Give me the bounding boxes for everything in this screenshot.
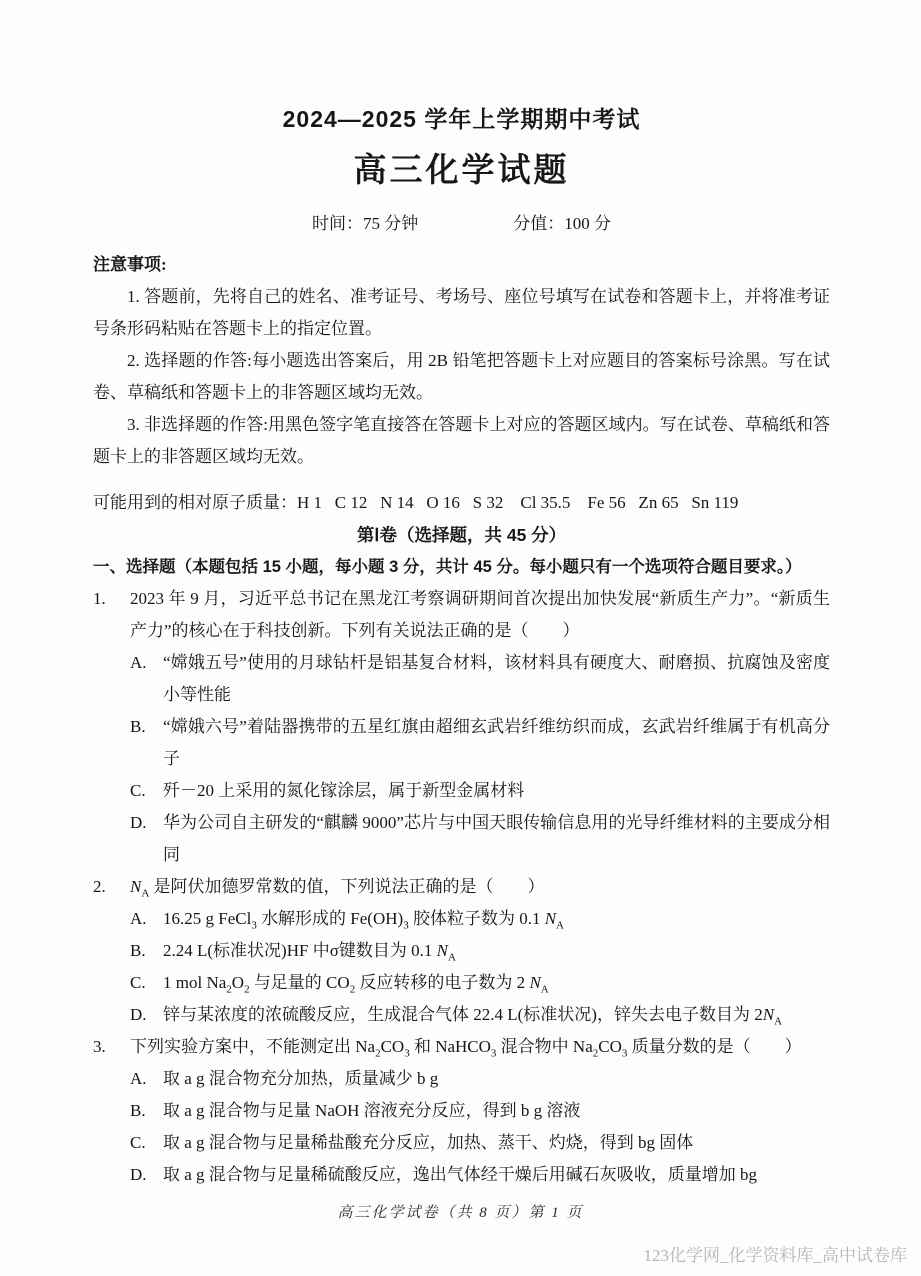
question-3-option-a: A. 取 a g 混合物充分加热，质量减少 b g bbox=[130, 1063, 830, 1095]
question-3: 3. 下列实验方案中，不能测定出 Na2CO3 和 NaHCO3 混合物中 Na… bbox=[93, 1031, 830, 1191]
option-label: B. bbox=[130, 1095, 163, 1127]
question-3-number: 3. bbox=[93, 1031, 130, 1191]
question-2-option-b: B. 2.24 L(标准状况)HF 中σ键数目为 0.1 NA bbox=[130, 935, 830, 967]
option-label: A. bbox=[130, 647, 163, 711]
question-1-option-c: C. 歼－20 上采用的氮化镓涂层，属于新型金属材料 bbox=[130, 775, 830, 807]
option-label: C. bbox=[130, 775, 163, 807]
option-text: 锌与某浓度的浓硫酸反应，生成混合气体 22.4 L(标准状况)，锌失去电子数目为… bbox=[163, 999, 830, 1031]
exam-time-label: 时间：75 分钟 bbox=[312, 209, 418, 234]
notice-item-1: 1. 答题前，先将自己的姓名、准考证号、考场号、座位号填写在试卷和答题卡上，并将… bbox=[93, 281, 830, 345]
question-3-body: 下列实验方案中，不能测定出 Na2CO3 和 NaHCO3 混合物中 Na2CO… bbox=[130, 1031, 830, 1191]
question-2-option-d: D. 锌与某浓度的浓硫酸反应，生成混合气体 22.4 L(标准状况)，锌失去电子… bbox=[130, 999, 830, 1031]
option-text: “嫦娥五号”使用的月球钻杆是铝基复合材料，该材料具有硬度大、耐磨损、抗腐蚀及密度… bbox=[163, 647, 830, 711]
option-label: D. bbox=[130, 807, 163, 871]
notice-item-2: 2. 选择题的作答:每小题选出答案后，用 2B 铅笔把答题卡上对应题目的答案标号… bbox=[93, 345, 830, 409]
question-2: 2. NA 是阿伏加德罗常数的值，下列说法正确的是（ ） A. 16.25 g … bbox=[93, 871, 830, 1031]
question-2-stem: NA 是阿伏加德罗常数的值，下列说法正确的是（ ） bbox=[130, 871, 830, 903]
option-text: “嫦娥六号”着陆器携带的五星红旗由超细玄武岩纤维纺织而成，玄武岩纤维属于有机高分… bbox=[163, 711, 830, 775]
question-1-option-b: B. “嫦娥六号”着陆器携带的五星红旗由超细玄武岩纤维纺织而成，玄武岩纤维属于有… bbox=[130, 711, 830, 775]
option-label: A. bbox=[130, 1063, 163, 1095]
option-label: D. bbox=[130, 999, 163, 1031]
atomic-masses-values: H 1 C 12 N 14 O 16 S 32 Cl 35.5 Fe 56 Zn… bbox=[297, 493, 738, 512]
option-label: B. bbox=[130, 711, 163, 775]
exam-session-title: 2024—2025 学年上学期期中考试 bbox=[93, 101, 830, 134]
watermark-text: 123化学网_化学资料库_高中试卷库 bbox=[644, 1241, 908, 1266]
option-text: 华为公司自主研发的“麒麟 9000”芯片与中国天眼传输信息用的光导纤维材料的主要… bbox=[163, 807, 830, 871]
question-1-body: 2023 年 9 月，习近平总书记在黑龙江考察调研期间首次提出加快发展“新质生产… bbox=[130, 583, 830, 871]
option-text: 取 a g 混合物与足量稀硫酸反应，逸出气体经干燥后用碱石灰吸收，质量增加 bg bbox=[163, 1159, 830, 1191]
question-2-body: NA 是阿伏加德罗常数的值，下列说法正确的是（ ） A. 16.25 g FeC… bbox=[130, 871, 830, 1031]
exam-meta-row: 时间：75 分钟 分值：100 分 bbox=[93, 209, 830, 234]
question-1-option-d: D. 华为公司自主研发的“麒麟 9000”芯片与中国天眼传输信息用的光导纤维材料… bbox=[130, 807, 830, 871]
option-text: 1 mol Na2O2 与足量的 CO2 反应转移的电子数为 2 NA bbox=[163, 967, 830, 999]
exam-subject-title: 高三化学试题 bbox=[93, 144, 830, 191]
option-label: C. bbox=[130, 1127, 163, 1159]
question-1: 1. 2023 年 9 月，习近平总书记在黑龙江考察调研期间首次提出加快发展“新… bbox=[93, 583, 830, 871]
page-footer-label: 高三化学试卷（共 8 页）第 1 页 bbox=[0, 1201, 921, 1222]
option-text: 2.24 L(标准状况)HF 中σ键数目为 0.1 NA bbox=[163, 935, 830, 967]
question-2-option-c: C. 1 mol Na2O2 与足量的 CO2 反应转移的电子数为 2 NA bbox=[130, 967, 830, 999]
question-1-option-a: A. “嫦娥五号”使用的月球钻杆是铝基复合材料，该材料具有硬度大、耐磨损、抗腐蚀… bbox=[130, 647, 830, 711]
page-content: 2024—2025 学年上学期期中考试 高三化学试题 时间：75 分钟 分值：1… bbox=[0, 0, 921, 1191]
option-text: 取 a g 混合物与足量 NaOH 溶液充分反应，得到 b g 溶液 bbox=[163, 1095, 830, 1127]
question-3-stem: 下列实验方案中，不能测定出 Na2CO3 和 NaHCO3 混合物中 Na2CO… bbox=[130, 1031, 830, 1063]
question-1-stem: 2023 年 9 月，习近平总书记在黑龙江考察调研期间首次提出加快发展“新质生产… bbox=[130, 583, 830, 647]
question-2-option-a: A. 16.25 g FeCl3 水解形成的 Fe(OH)3 胶体粒子数为 0.… bbox=[130, 903, 830, 935]
option-label: C. bbox=[130, 967, 163, 999]
notice-item-3: 3. 非选择题的作答:用黑色签字笔直接答在答题卡上对应的答题区域内。写在试卷、草… bbox=[93, 409, 830, 473]
question-3-option-b: B. 取 a g 混合物与足量 NaOH 溶液充分反应，得到 b g 溶液 bbox=[130, 1095, 830, 1127]
notice-section: 注意事项: 1. 答题前，先将自己的姓名、准考证号、考场号、座位号填写在试卷和答… bbox=[93, 249, 830, 473]
question-2-number: 2. bbox=[93, 871, 130, 1031]
question-3-option-d: D. 取 a g 混合物与足量稀硫酸反应，逸出气体经干燥后用碱石灰吸收，质量增加… bbox=[130, 1159, 830, 1191]
notice-heading: 注意事项: bbox=[93, 249, 830, 281]
option-text: 歼－20 上采用的氮化镓涂层，属于新型金属材料 bbox=[163, 775, 830, 807]
exam-paper-page: 2024—2025 学年上学期期中考试 高三化学试题 时间：75 分钟 分值：1… bbox=[0, 0, 921, 1276]
atomic-masses-label: 可能用到的相对原子质量： bbox=[93, 493, 297, 512]
multiple-choice-intro: 一、选择题（本题包括 15 小题，每小题 3 分，共计 45 分。每小题只有一个… bbox=[93, 551, 830, 583]
question-3-option-c: C. 取 a g 混合物与足量稀盐酸充分反应，加热、蒸干、灼烧，得到 bg 固体 bbox=[130, 1127, 830, 1159]
question-1-number: 1. bbox=[93, 583, 130, 871]
option-label: B. bbox=[130, 935, 163, 967]
option-label: D. bbox=[130, 1159, 163, 1191]
option-label: A. bbox=[130, 903, 163, 935]
exam-score-label: 分值：100 分 bbox=[513, 209, 611, 234]
part1-title: 第Ⅰ卷（选择题，共 45 分） bbox=[93, 519, 830, 551]
option-text: 16.25 g FeCl3 水解形成的 Fe(OH)3 胶体粒子数为 0.1 N… bbox=[163, 903, 830, 935]
option-text: 取 a g 混合物与足量稀盐酸充分反应，加热、蒸干、灼烧，得到 bg 固体 bbox=[163, 1127, 830, 1159]
atomic-masses-line: 可能用到的相对原子质量：H 1 C 12 N 14 O 16 S 32 Cl 3… bbox=[93, 487, 830, 519]
option-text: 取 a g 混合物充分加热，质量减少 b g bbox=[163, 1063, 830, 1095]
